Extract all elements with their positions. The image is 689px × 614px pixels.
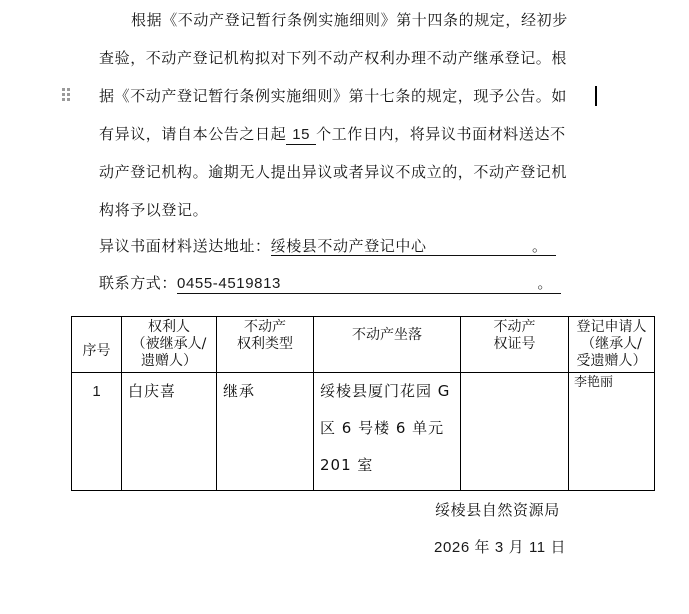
paragraph-line-2: 查验，不动产登记机构拟对下列不动产权利办理不动产继承登记。根 xyxy=(99,48,567,68)
contact-label: 联系方式： xyxy=(99,274,177,292)
paragraph-line-5: 动产登记机构。逾期无人提出异议或者异议不成立的，不动产登记机 xyxy=(99,162,567,182)
issuer-name: 绥棱县自然资源局 xyxy=(435,500,560,520)
address-label: 异议书面材料送达地址： xyxy=(99,237,271,255)
header-owner: 权利人 （被继承人/ 遗赠人） xyxy=(122,317,217,373)
cell-applicant: 李艳丽 xyxy=(569,373,655,491)
paragraph-line-6: 构将予以登记。 xyxy=(99,200,208,220)
address-end: 。 xyxy=(532,237,548,255)
cell-owner: 白庆喜 xyxy=(122,373,217,491)
objection-suffix: 个工作日内，将异议书面材料送达不 xyxy=(316,125,566,143)
contact-field[interactable]: 0455-4519813。 xyxy=(177,275,561,294)
table-header-row: 序号 权利人 （被继承人/ 遗赠人） 不动产 权利类型 不动产坐落 不动产 权证… xyxy=(72,317,655,373)
contact-value: 0455-4519813 xyxy=(177,275,281,292)
address-value: 绥棱县不动产登记中心 xyxy=(271,237,427,255)
drag-handle-icon[interactable] xyxy=(62,88,71,102)
address-field[interactable]: 绥棱县不动产登记中心。 xyxy=(271,237,556,256)
issue-date: 2026 年 3 月 11 日 xyxy=(434,538,566,558)
cell-location: 绥棱县厦门花园 G 区 6 号楼 6 单元 201 室 xyxy=(314,373,461,491)
header-seq: 序号 xyxy=(72,317,122,373)
paragraph-line-3: 据《不动产登记暂行条例实施细则》第十七条的规定，现予公告。如 xyxy=(99,86,567,106)
header-applicant: 登记申请人 （继承人/ 受遗赠人） xyxy=(569,317,655,373)
objection-prefix: 有异议，请自本公告之日起 xyxy=(99,125,286,143)
paragraph-line-1: 根据《不动产登记暂行条例实施细则》第十四条的规定，经初步 xyxy=(131,10,568,30)
table-row: 1 白庆喜 继承 绥棱县厦门花园 G 区 6 号楼 6 单元 201 室 李艳丽 xyxy=(72,373,655,491)
text-caret-icon xyxy=(595,86,597,106)
cell-seq: 1 xyxy=(72,373,122,491)
contact-end: 。 xyxy=(537,275,553,293)
registration-table: 序号 权利人 （被继承人/ 遗赠人） 不动产 权利类型 不动产坐落 不动产 权证… xyxy=(71,316,655,491)
contact-line: 联系方式：0455-4519813。 xyxy=(99,273,561,293)
cell-right-type: 继承 xyxy=(217,373,314,491)
header-cert-no: 不动产 权证号 xyxy=(461,317,569,373)
header-location: 不动产坐落 xyxy=(314,317,461,373)
objection-days-field[interactable]: 15 xyxy=(286,126,316,145)
address-line: 异议书面材料送达地址：绥棱县不动产登记中心。 xyxy=(99,236,556,256)
cell-cert-no xyxy=(461,373,569,491)
header-right-type: 不动产 权利类型 xyxy=(217,317,314,373)
paragraph-line-4: 有异议，请自本公告之日起15个工作日内，将异议书面材料送达不 xyxy=(99,124,566,144)
